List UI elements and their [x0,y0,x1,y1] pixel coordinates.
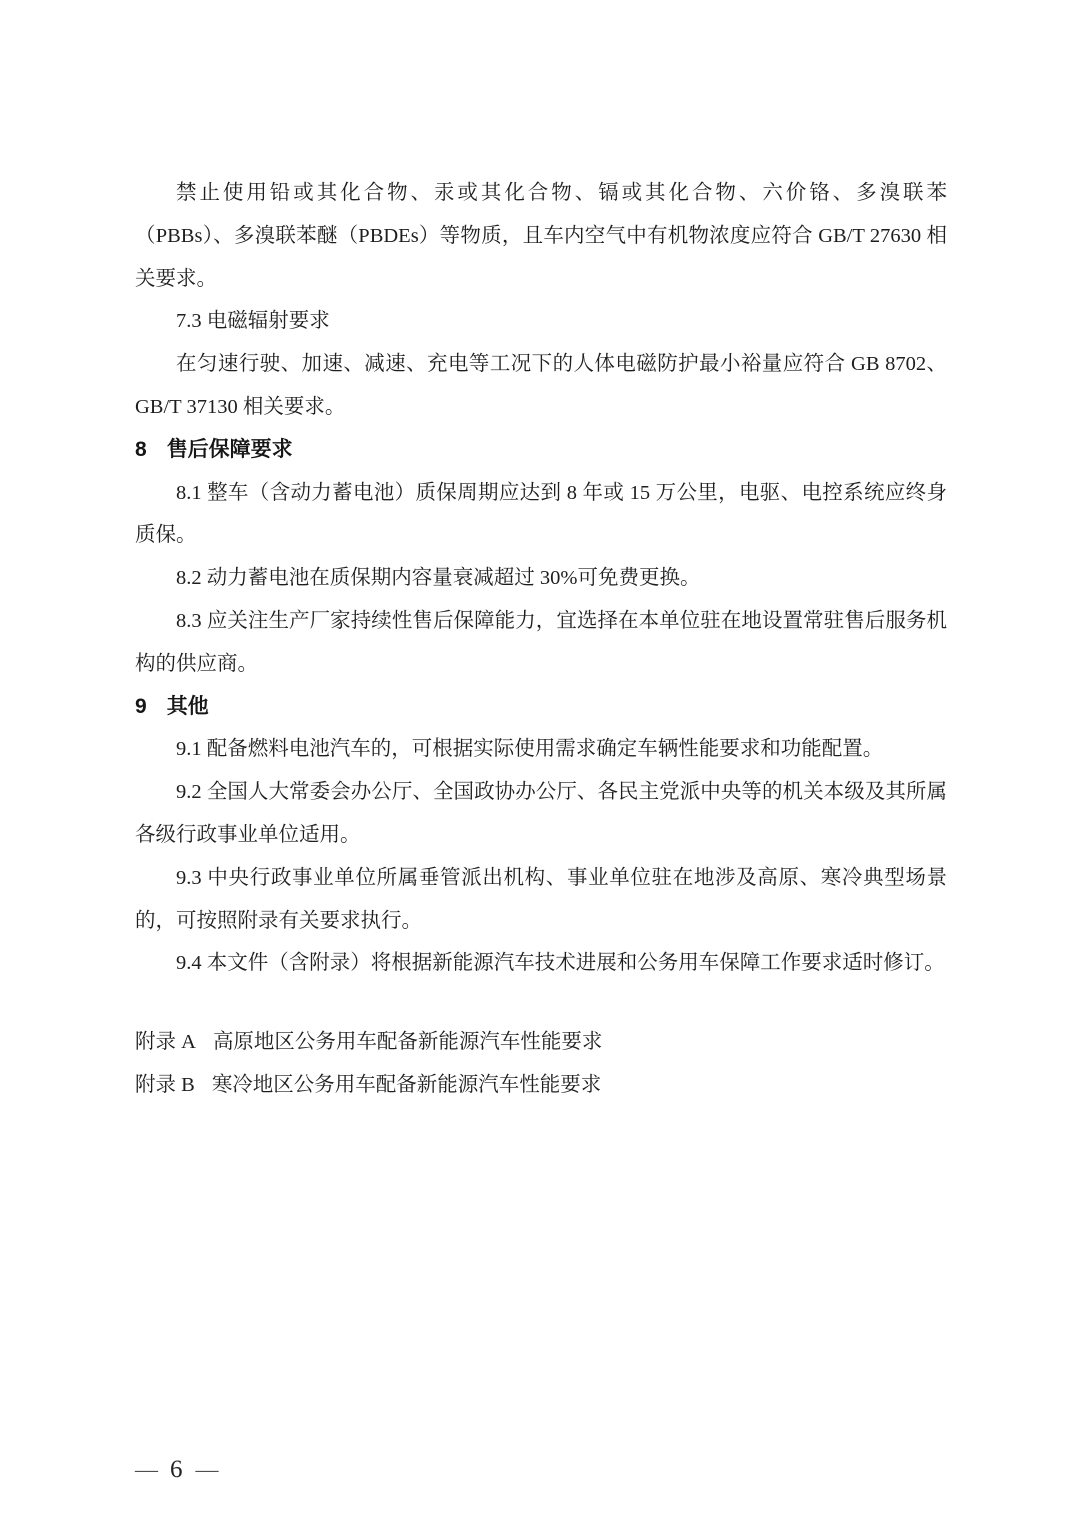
appendix-label: 附录 A [135,1031,196,1053]
page-number: 6 [170,1455,183,1485]
body-paragraph-9-3: 9.3 中央行政事业单位所属垂管派出机构、事业单位驻在地涉及高原、寒冷典型场景的… [135,857,947,943]
appendix-entry-b: 附录 B寒冷地区公务用车配备新能源汽车性能要求 [135,1064,947,1107]
section-number: 9 [135,695,147,718]
body-paragraph-9-1: 9.1 配备燃料电池汽车的，可根据实际使用需求确定车辆性能要求和功能配置。 [135,728,947,771]
section-heading-8: 8售后保障要求 [135,429,947,472]
document-body: 禁止使用铅或其化合物、汞或其化合物、镉或其化合物、六价铬、多溴联苯（PBBs）、… [135,172,947,1107]
section-title: 其他 [167,695,209,718]
body-paragraph-hazardous-substances: 禁止使用铅或其化合物、汞或其化合物、镉或其化合物、六价铬、多溴联苯（PBBs）、… [135,172,947,300]
appendix-entry-a: 附录 A高原地区公务用车配备新能源汽车性能要求 [135,1021,947,1064]
page-footer: — 6 — [135,1455,218,1485]
body-paragraph-9-4: 9.4 本文件（含附录）将根据新能源汽车技术进展和公务用车保障工作要求适时修订。 [135,942,947,985]
section-number: 8 [135,438,147,461]
subsection-heading-7-3: 7.3 电磁辐射要求 [135,300,947,343]
section-title: 售后保障要求 [167,438,293,461]
footer-left-dash: — [135,1455,157,1485]
body-paragraph-8-3: 8.3 应关注生产厂家持续性售后保障能力，宜选择在本单位驻在地设置常驻售后服务机… [135,600,947,686]
appendix-title: 寒冷地区公务用车配备新能源汽车性能要求 [212,1074,602,1096]
body-paragraph-emc-protection: 在匀速行驶、加速、减速、充电等工况下的人体电磁防护最小裕量应符合 GB 8702… [135,343,947,429]
body-paragraph-9-2: 9.2 全国人大常委会办公厅、全国政协办公厅、各民主党派中央等的机关本级及其所属… [135,771,947,857]
document-page: 禁止使用铅或其化合物、汞或其化合物、镉或其化合物、六价铬、多溴联苯（PBBs）、… [0,0,1080,1530]
appendix-list: 附录 A高原地区公务用车配备新能源汽车性能要求 附录 B寒冷地区公务用车配备新能… [135,1021,947,1107]
body-paragraph-8-2: 8.2 动力蓄电池在质保期内容量衰减超过 30%可免费更换。 [135,557,947,600]
appendix-title: 高原地区公务用车配备新能源汽车性能要求 [213,1031,603,1053]
footer-right-dash: — [196,1455,218,1485]
section-heading-9: 9其他 [135,686,947,729]
body-paragraph-8-1: 8.1 整车（含动力蓄电池）质保周期应达到 8 年或 15 万公里，电驱、电控系… [135,472,947,558]
appendix-label: 附录 B [135,1074,195,1096]
